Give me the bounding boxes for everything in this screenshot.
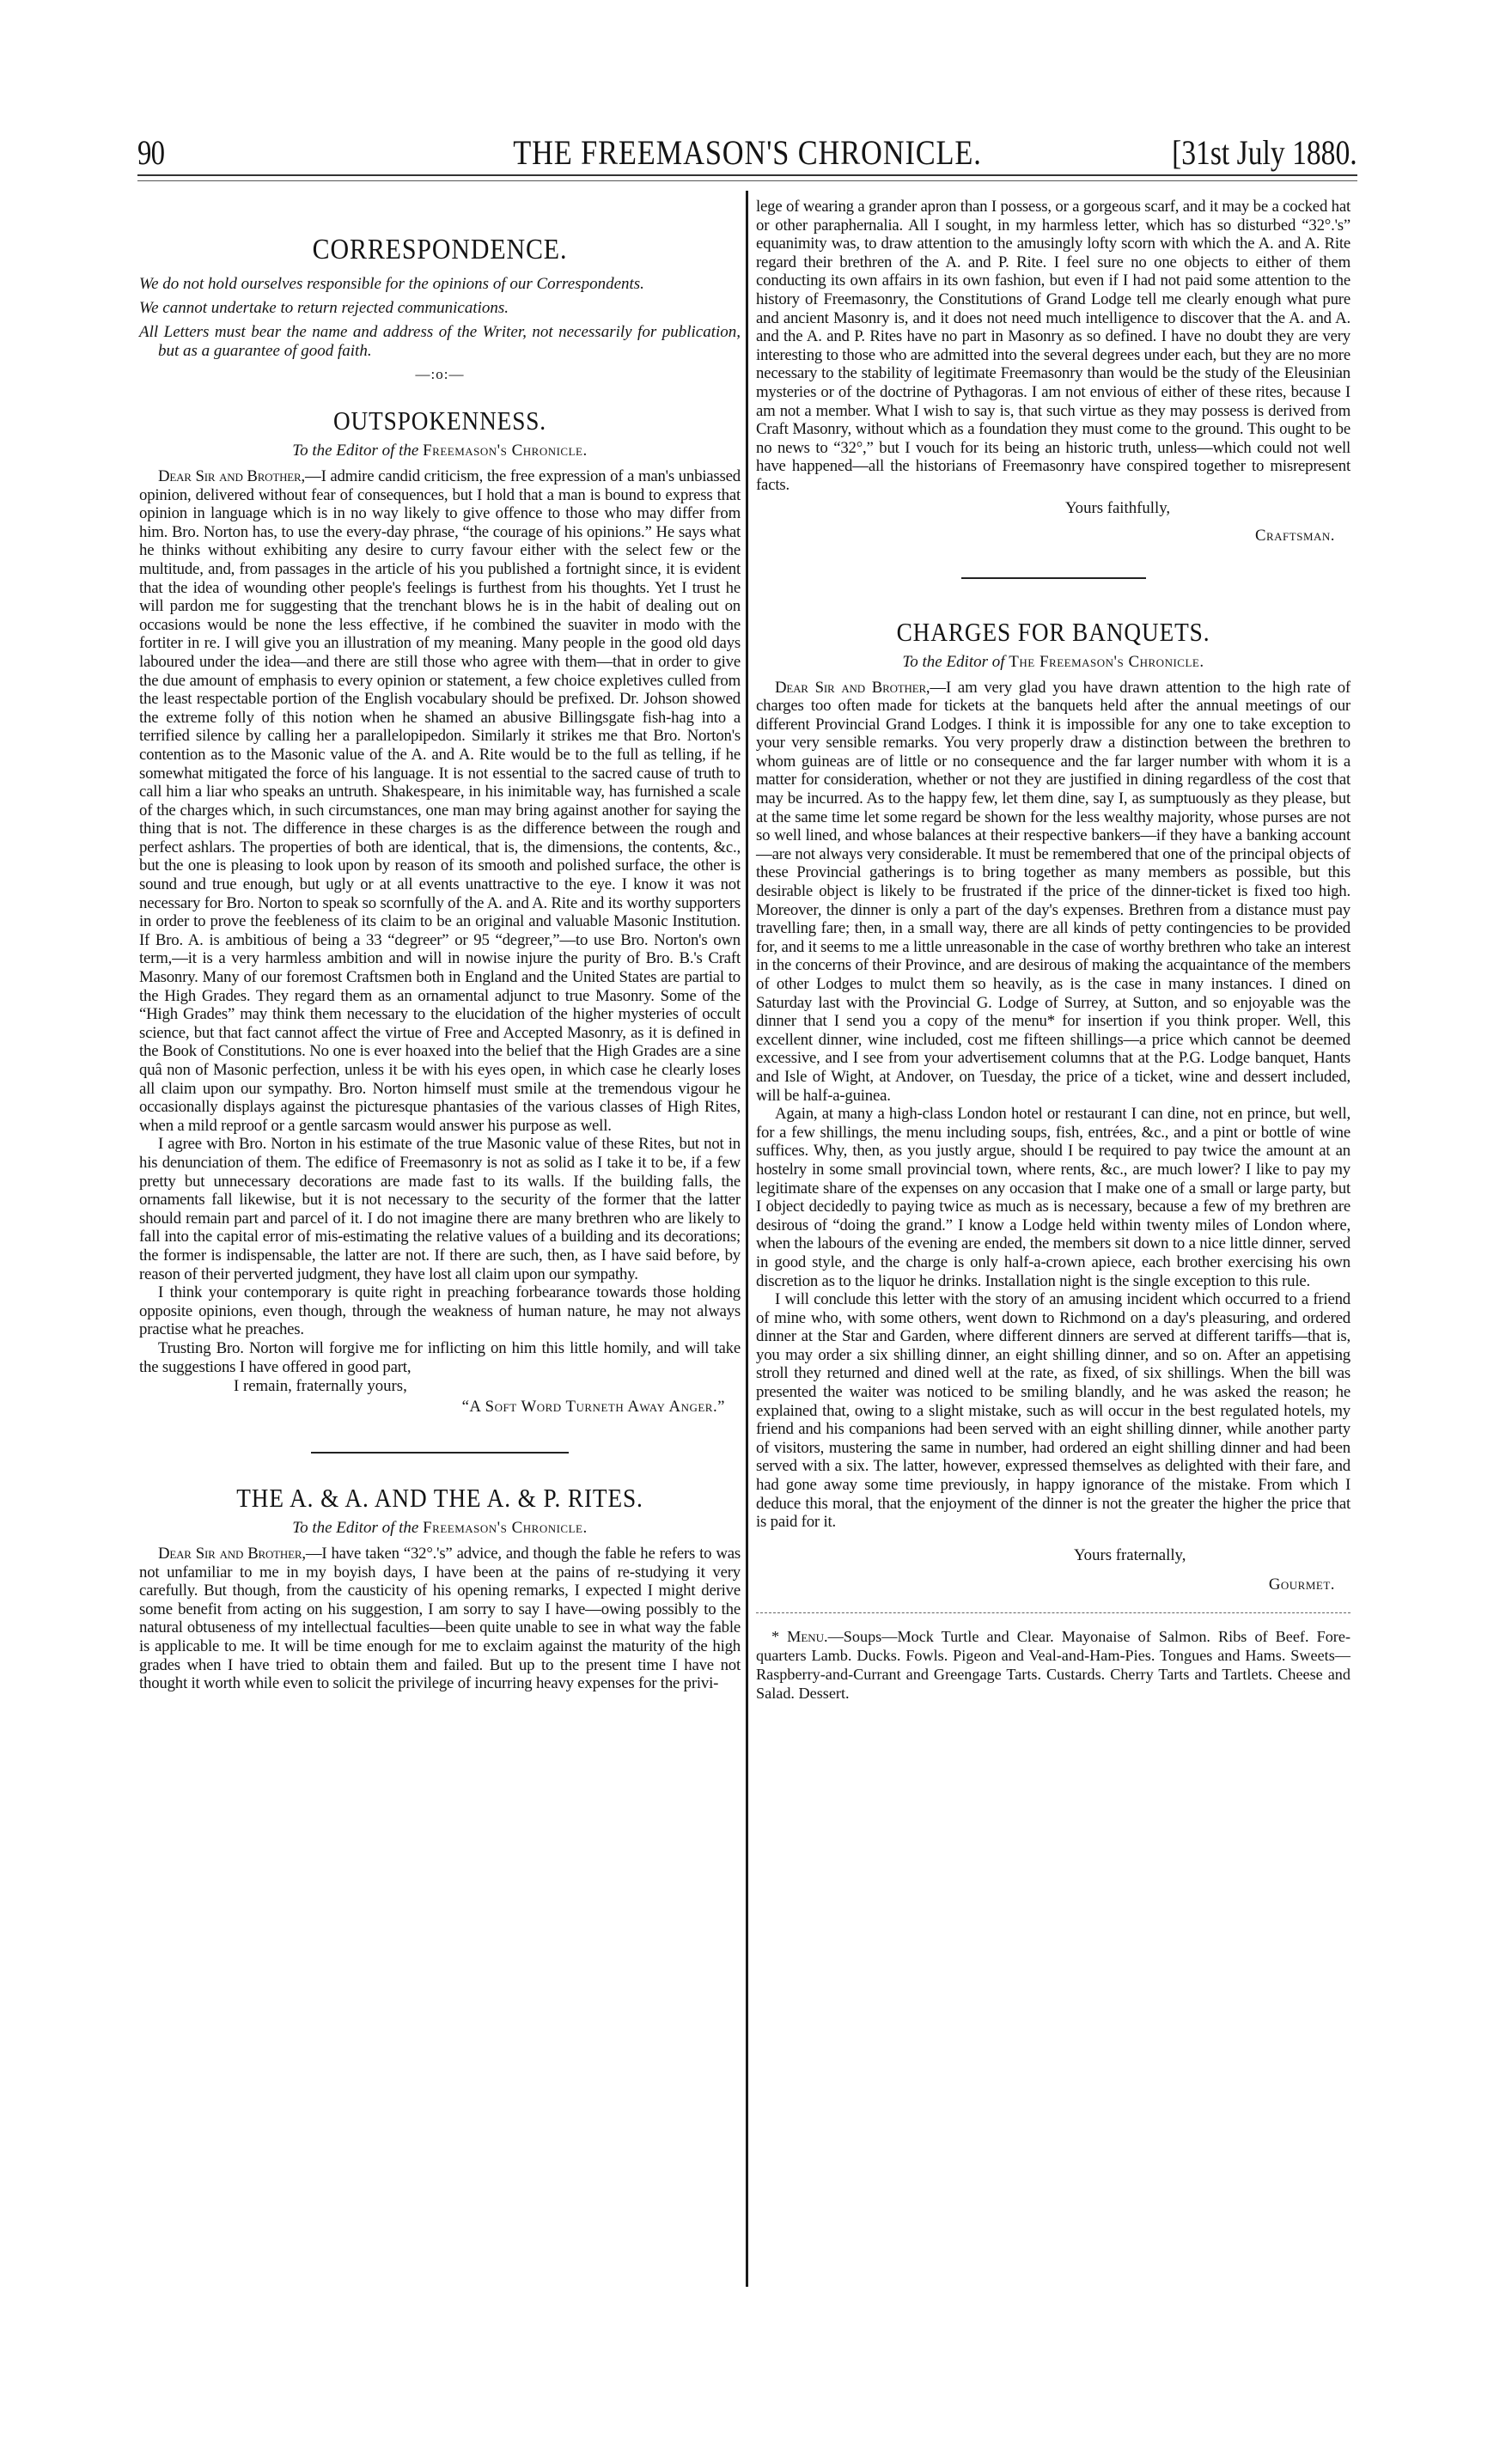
paragraph-text: —I am very glad you have drawn attention… xyxy=(756,679,1350,1105)
rites-editor-line: To the Editor of the Freemason's Chronic… xyxy=(139,1519,741,1538)
letter-paragraph: Dear Sir and Brother,—I have taken “32°.… xyxy=(139,1545,741,1693)
letter-paragraph: Dear Sir and Brother,—I admire candid cr… xyxy=(139,467,741,1135)
paragraph-text: —I have taken “32°.'s” advice, and thoug… xyxy=(139,1545,741,1692)
publication-name: The Freemason's Chronicle. xyxy=(1009,653,1204,671)
correspondence-heading: CORRESPONDENCE. xyxy=(175,234,704,266)
rites-letter-part2: lege of wearing a grander apron than I p… xyxy=(756,198,1350,495)
publication-title: THE FREEMASON'S CHRONICLE. xyxy=(223,132,1271,173)
ornament-divider: —:o:— xyxy=(139,366,741,383)
closing: Yours fraternally, xyxy=(756,1545,1350,1566)
banquets-letter: Dear Sir and Brother,—I am very glad you… xyxy=(756,679,1350,1532)
editor-prefix: To the Editor of xyxy=(902,653,1009,671)
banquets-signoff: Yours fraternally, Gourmet. xyxy=(756,1545,1350,1595)
footnote-paragraph: * Menu.—Soups—Mock Turtle and Clear. May… xyxy=(756,1627,1350,1703)
letter-paragraph: I agree with Bro. Norton in his estimate… xyxy=(139,1135,741,1283)
right-column: lege of wearing a grander apron than I p… xyxy=(756,191,1350,1703)
rites-letter-part1: Dear Sir and Brother,—I have taken “32°.… xyxy=(139,1545,741,1693)
menu-footnote: * Menu.—Soups—Mock Turtle and Clear. May… xyxy=(756,1627,1350,1703)
letter-paragraph: I think your contemporary is quite right… xyxy=(139,1283,741,1339)
masthead-rule-thin xyxy=(137,180,1357,181)
signature: Gourmet. xyxy=(756,1575,1350,1595)
salutation: Dear Sir and Brother, xyxy=(775,679,930,697)
footnote-text: —Soups—Mock Turtle and Clear. Mayonaise … xyxy=(756,1628,1350,1702)
footnote-label: Menu. xyxy=(787,1628,827,1645)
editor-prefix: To the Editor of the xyxy=(292,1519,423,1537)
newspaper-page: 90 THE FREEMASON'S CHRONICLE. [31st July… xyxy=(0,0,1512,2450)
signature: “A Soft Word Turneth Away Anger.” xyxy=(139,1397,741,1417)
footnote-marker: * xyxy=(771,1628,779,1645)
letter-paragraph: Again, at many a high-class London hotel… xyxy=(756,1105,1350,1290)
correspondence-notices: We do not hold ourselves responsible for… xyxy=(139,275,741,361)
publication-name: Freemason's Chronicle. xyxy=(423,1519,588,1537)
masthead-rule xyxy=(137,174,1357,176)
outspokenness-letter: Dear Sir and Brother,—I admire candid cr… xyxy=(139,467,741,1376)
letter-paragraph: Trusting Bro. Norton will forgive me for… xyxy=(139,1339,741,1376)
closing: Yours faithfully, xyxy=(756,498,1350,519)
column-divider xyxy=(746,191,748,2287)
editor-prefix: To the Editor of the xyxy=(292,442,423,460)
notice-rejected: We cannot undertake to return rejected c… xyxy=(139,299,741,318)
salutation: Dear Sir and Brother, xyxy=(158,467,305,485)
rites-signoff: Yours faithfully, Craftsman. xyxy=(756,498,1350,546)
letter-paragraph: lege of wearing a grander apron than I p… xyxy=(756,198,1350,495)
signature: Craftsman. xyxy=(756,526,1350,546)
salutation: Dear Sir and Brother, xyxy=(158,1545,306,1563)
footnote-rule xyxy=(756,1612,1350,1613)
closing: I remain, fraternally yours, xyxy=(139,1376,741,1397)
paragraph-text: —I admire candid criticism, the free exp… xyxy=(139,467,741,1135)
notice-letters: All Letters must bear the name and addre… xyxy=(139,323,741,361)
rites-heading: THE A. & A. AND THE A. & P. RITES. xyxy=(175,1483,704,1514)
page-number: 90 xyxy=(137,132,164,173)
outspokenness-editor-line: To the Editor of the Freemason's Chronic… xyxy=(139,442,741,460)
masthead: 90 THE FREEMASON'S CHRONICLE. [31st July… xyxy=(137,129,1357,172)
issue-date: [31st July 1880. xyxy=(1172,132,1357,173)
letter-paragraph: I will conclude this letter with the sto… xyxy=(756,1290,1350,1532)
outspokenness-heading: OUTSPOKENNESS. xyxy=(175,405,704,436)
banquets-heading: CHARGES FOR BANQUETS. xyxy=(792,617,1315,648)
letter-paragraph: Dear Sir and Brother,—I am very glad you… xyxy=(756,679,1350,1106)
banquets-editor-line: To the Editor of The Freemason's Chronic… xyxy=(756,653,1350,672)
left-column: CORRESPONDENCE. We do not hold ourselves… xyxy=(139,191,741,1693)
outspokenness-signoff: I remain, fraternally yours, “A Soft Wor… xyxy=(139,1376,741,1417)
publication-name: Freemason's Chronicle. xyxy=(423,442,588,460)
notice-responsibility: We do not hold ourselves responsible for… xyxy=(139,275,741,294)
